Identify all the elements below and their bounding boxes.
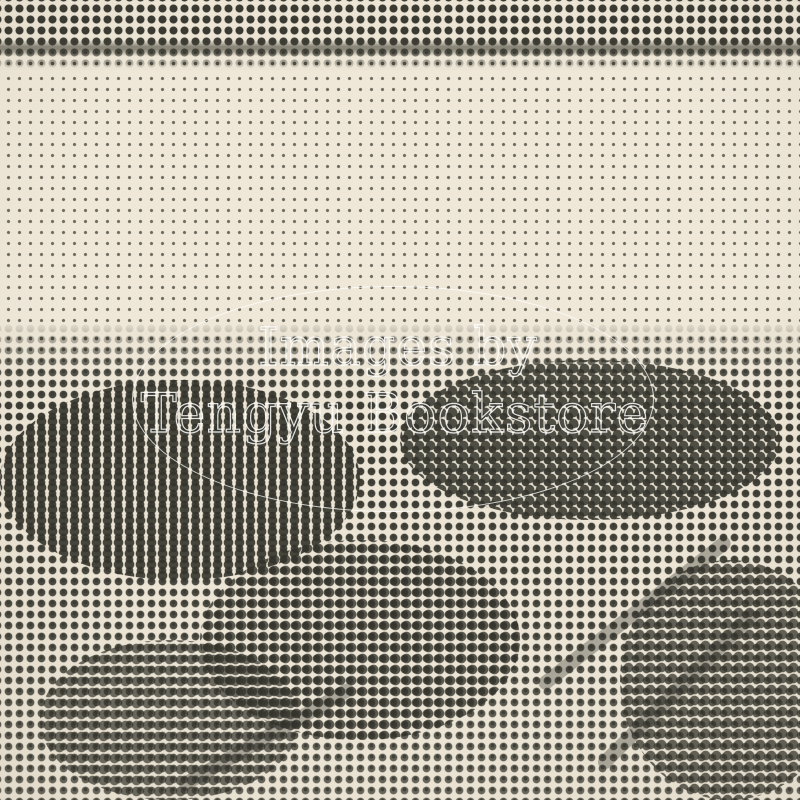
dark-patch <box>40 640 300 800</box>
top-dark-band <box>0 0 800 70</box>
watermark-line-1: Images by <box>0 318 798 378</box>
watermark-line-2: Tengyu Bookstore <box>0 382 795 445</box>
top-dark-line <box>0 40 800 56</box>
halftone-photo: Images by Tengyu Bookstore <box>0 0 800 800</box>
